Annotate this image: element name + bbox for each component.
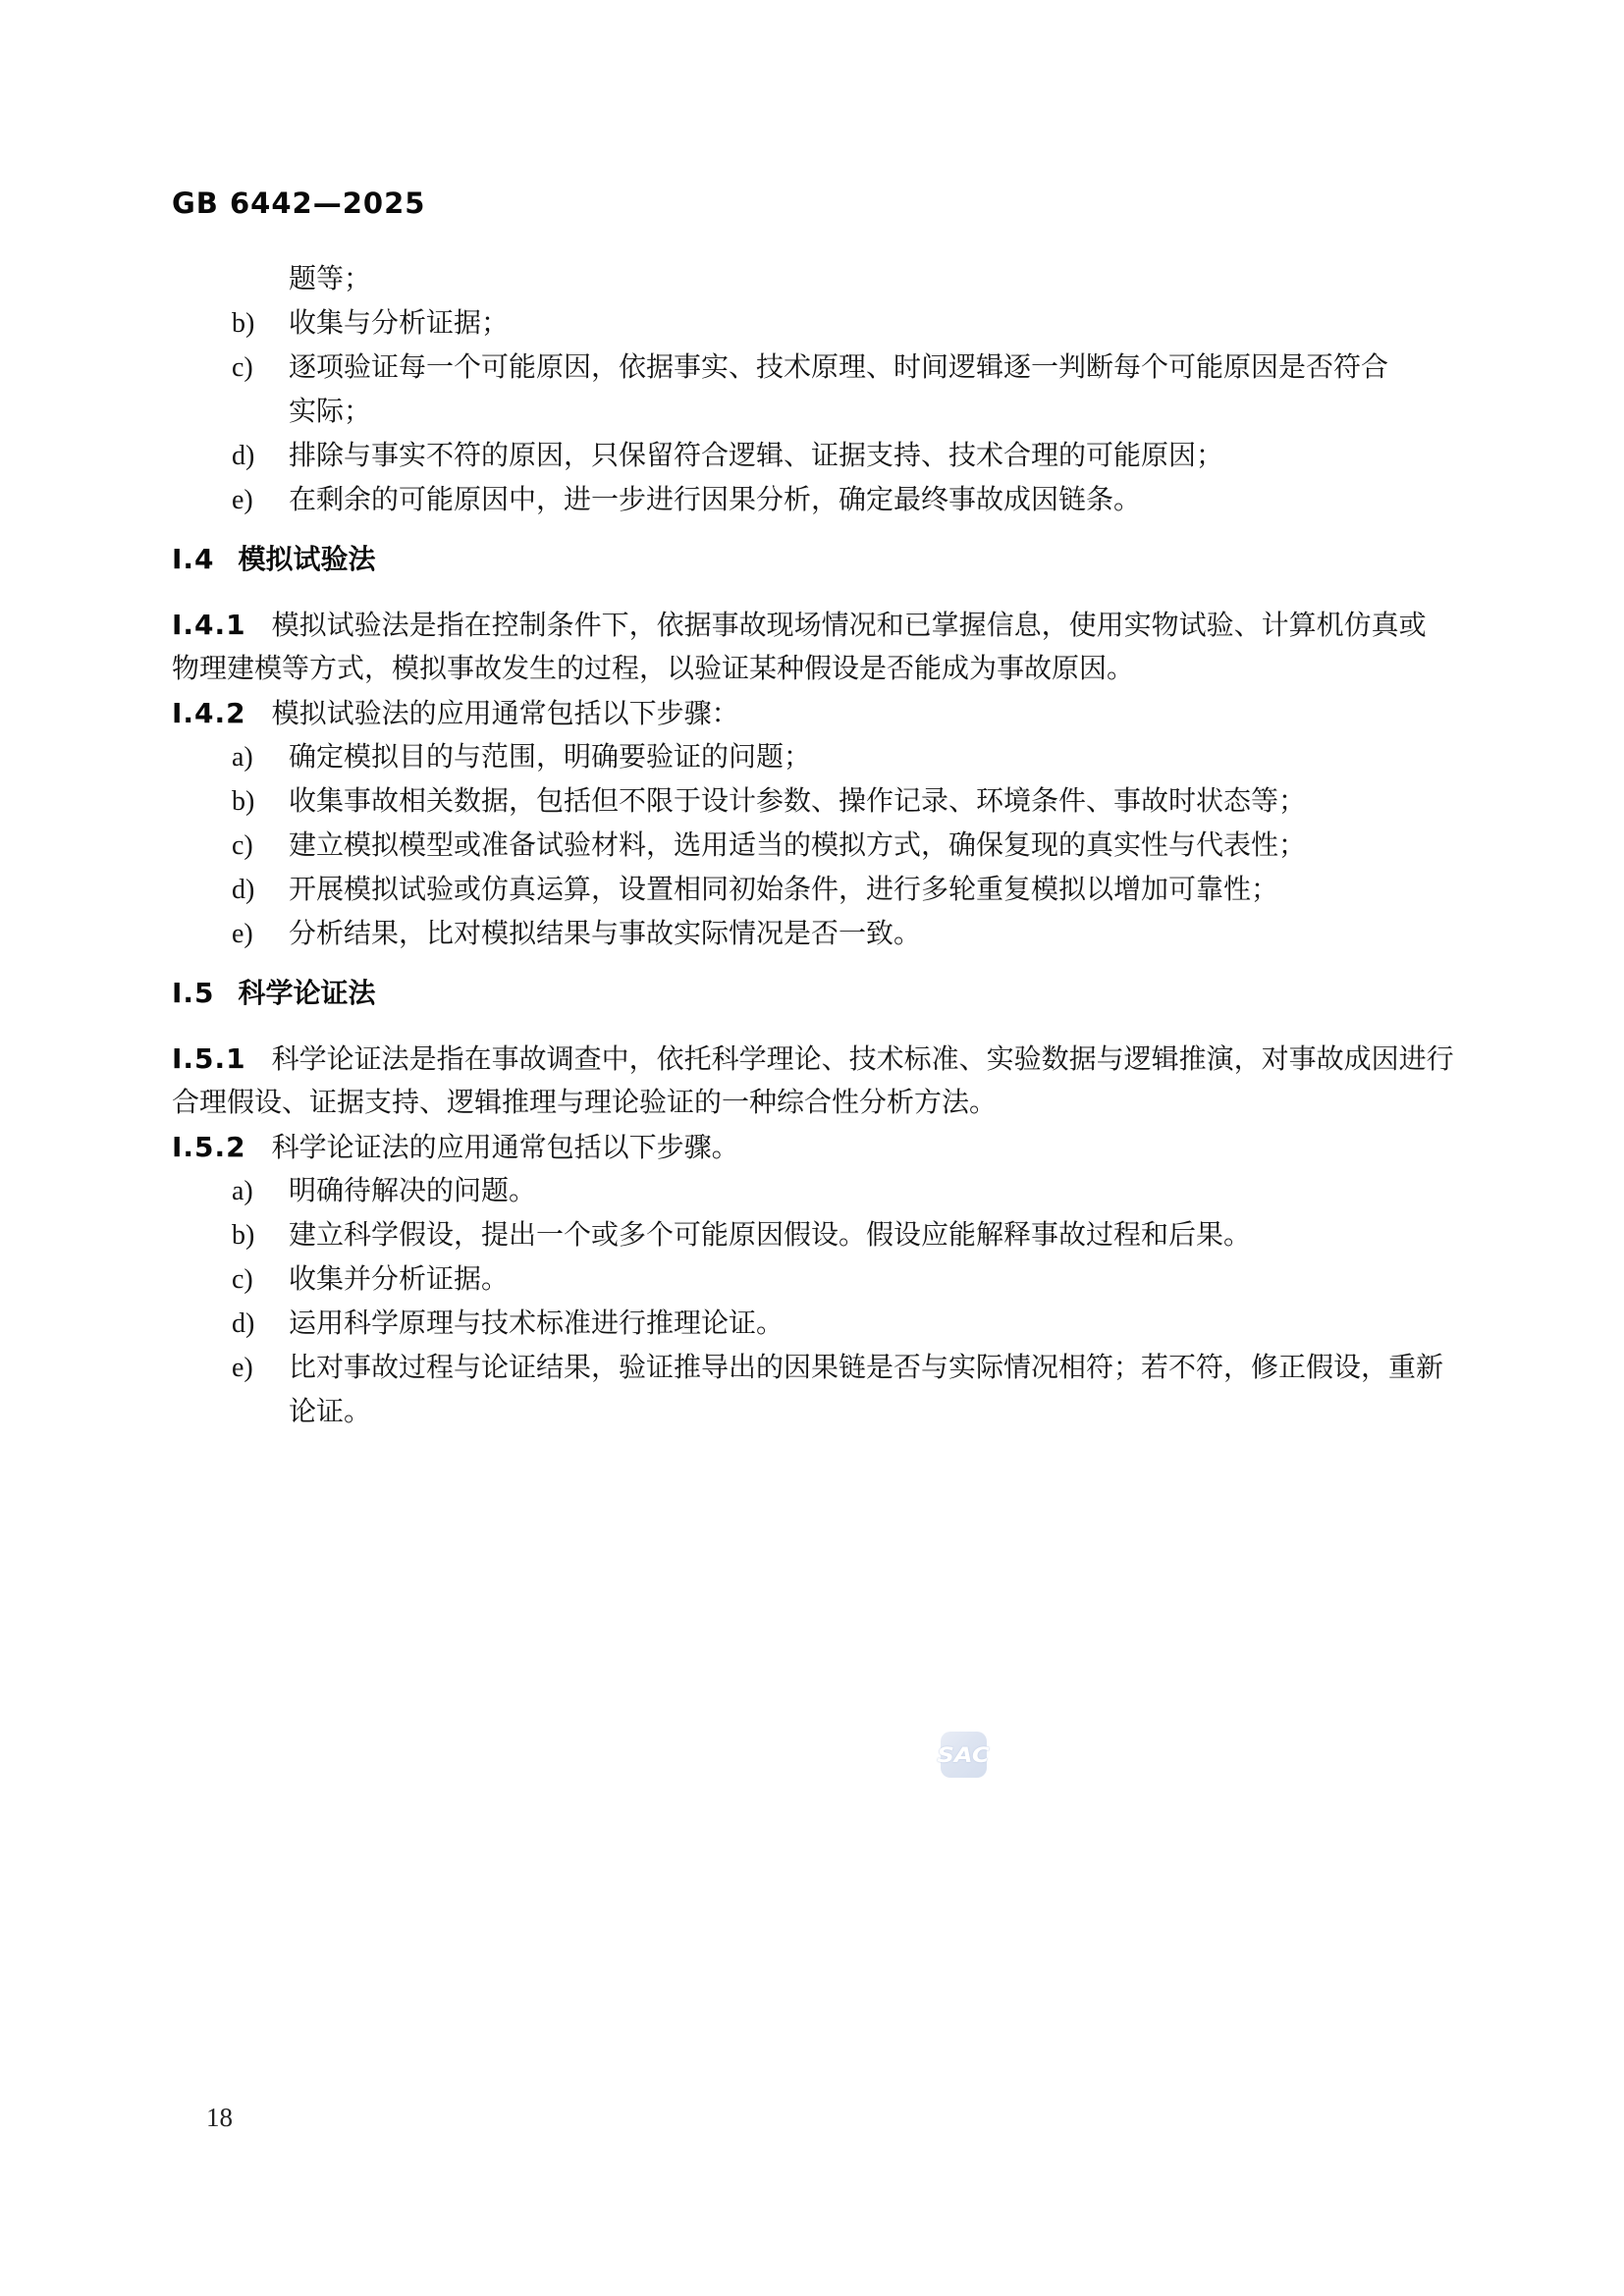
list-item: b)建立科学假设，提出一个或多个可能原因假设。假设应能解释事故过程和后果。 (172, 1213, 1468, 1257)
list-item-text: 开展模拟试验或仿真运算，设置相同初始条件，进行多轮重复模拟以增加可靠性； (289, 875, 1278, 905)
list-item-label: c) (232, 824, 253, 868)
list-item-text: 建立模拟模型或准备试验材料，选用适当的模拟方式，确保复现的真实性与代表性； (289, 830, 1306, 861)
list-item-text: 排除与事实不符的原因，只保留符合逻辑、证据支持、技术合理的可能原因； (289, 441, 1223, 471)
list-item-text: 分析结果，比对模拟结果与事故实际情况是否一致。 (289, 919, 921, 949)
list-item-label: b) (232, 779, 254, 824)
list-item-text: 收集事故相关数据，包括但不限于设计参数、操作记录、环境条件、事故时状态等； (289, 786, 1306, 817)
clause-text-wrap: 物理建模等方式，模拟事故发生的过程，以验证某种假设是否能成为事故原因。 (172, 647, 1468, 691)
list-item-label: b) (232, 1213, 254, 1257)
list-item: e)比对事故过程与论证结果，验证推导出的因果链是否与实际情况相符；若不符，修正假… (172, 1346, 1468, 1434)
list-item-text: 明确待解决的问题。 (289, 1176, 536, 1206)
list-item: b)收集与分析证据； (172, 301, 1468, 346)
list-item-label: e) (232, 912, 253, 956)
clause-i5-2: I.5.2科学论证法的应用通常包括以下步骤。 (172, 1125, 1468, 1169)
section-number: I.4 (172, 543, 215, 575)
list-item-text-wrap: 论证。 (289, 1390, 1468, 1434)
list-item-label: a) (232, 1169, 253, 1213)
section-number: I.5 (172, 977, 215, 1009)
list-item: c)逐项验证每一个可能原因，依据事实、技术原理、时间逻辑逐一判断每个可能原因是否… (172, 346, 1468, 434)
list-item-text: 收集与分析证据； (289, 308, 509, 339)
clause-text: 科学论证法是指在事故调查中，依托科学理论、技术标准、实验数据与逻辑推演，对事故成… (272, 1044, 1454, 1075)
clause-i4-1: I.4.1模拟试验法是指在控制条件下，依据事故现场情况和已掌握信息，使用实物试验… (172, 603, 1468, 691)
list-item-label: a) (232, 735, 253, 779)
section-title: 模拟试验法 (239, 543, 376, 575)
list-item-label: b) (232, 301, 254, 346)
list-item: a)明确待解决的问题。 (172, 1169, 1468, 1213)
clause-text: 模拟试验法是指在控制条件下，依据事故现场情况和已掌握信息，使用实物试验、计算机仿… (272, 611, 1427, 641)
page-number: 18 (206, 2103, 233, 2133)
clause-number: I.5.1 (172, 1042, 246, 1075)
list-item-text: 运用科学原理与技术标准进行推理论证。 (289, 1308, 784, 1339)
sac-watermark-logo: SAC (941, 1732, 987, 1778)
clause-number: I.4.1 (172, 609, 246, 641)
clause-i5-1: I.5.1科学论证法是指在事故调查中，依托科学理论、技术标准、实验数据与逻辑推演… (172, 1037, 1468, 1125)
list-item-label: d) (232, 1302, 254, 1346)
list-item-label: e) (232, 478, 253, 522)
list-item-label: d) (232, 868, 254, 912)
list-item: b)收集事故相关数据，包括但不限于设计参数、操作记录、环境条件、事故时状态等； (172, 779, 1468, 824)
list-item-text: 比对事故过程与论证结果，验证推导出的因果链是否与实际情况相符；若不符，修正假设，… (289, 1353, 1443, 1383)
list-item-label: d) (232, 434, 254, 478)
clause-number: I.5.2 (172, 1131, 246, 1163)
section-heading-i5: I.5科学论证法 (172, 971, 1468, 1015)
list-item-label: e) (232, 1346, 253, 1390)
list-item: a)确定模拟目的与范围，明确要验证的问题； (172, 735, 1468, 779)
list-item-text: 建立科学假设，提出一个或多个可能原因假设。假设应能解释事故过程和后果。 (289, 1220, 1251, 1251)
standard-number-header: GB 6442—2025 (172, 187, 425, 220)
list-item: e)分析结果，比对模拟结果与事故实际情况是否一致。 (172, 912, 1468, 956)
list-item: e)在剩余的可能原因中，进一步进行因果分析，确定最终事故成因链条。 (172, 478, 1468, 522)
list-item-text: 逐项验证每一个可能原因，依据事实、技术原理、时间逻辑逐一判断每个可能原因是否符合 (289, 352, 1388, 383)
list-item-text-wrap: 实际； (289, 390, 1468, 434)
list-item-text: 在剩余的可能原因中，进一步进行因果分析，确定最终事故成因链条。 (289, 485, 1141, 515)
clause-number: I.4.2 (172, 697, 246, 729)
clause-i4-2: I.4.2模拟试验法的应用通常包括以下步骤： (172, 691, 1468, 735)
document-page: GB 6442—2025 题等； b)收集与分析证据； c)逐项验证每一个可能原… (0, 0, 1624, 2296)
list-item-label: c) (232, 1257, 253, 1302)
list-item: d)运用科学原理与技术标准进行推理论证。 (172, 1302, 1468, 1346)
clause-text: 科学论证法的应用通常包括以下步骤。 (272, 1133, 739, 1163)
clause-text: 模拟试验法的应用通常包括以下步骤： (272, 699, 739, 729)
list-item: d)排除与事实不符的原因，只保留符合逻辑、证据支持、技术合理的可能原因； (172, 434, 1468, 478)
list-item: d)开展模拟试验或仿真运算，设置相同初始条件，进行多轮重复模拟以增加可靠性； (172, 868, 1468, 912)
section-heading-i4: I.4模拟试验法 (172, 537, 1468, 581)
list-item-label: c) (232, 346, 253, 390)
section-title: 科学论证法 (239, 977, 376, 1009)
sac-watermark-text: SAC (938, 1743, 990, 1767)
list-item: c)建立模拟模型或准备试验材料，选用适当的模拟方式，确保复现的真实性与代表性； (172, 824, 1468, 868)
list-item: c)收集并分析证据。 (172, 1257, 1468, 1302)
list-continuation-line: 题等； (172, 257, 1468, 301)
list-item-text: 确定模拟目的与范围，明确要验证的问题； (289, 742, 811, 773)
clause-text-wrap: 合理假设、证据支持、逻辑推理与理论验证的一种综合性分析方法。 (172, 1081, 1468, 1125)
list-item-text: 收集并分析证据。 (289, 1264, 509, 1295)
document-content: 题等； b)收集与分析证据； c)逐项验证每一个可能原因，依据事实、技术原理、时… (172, 257, 1468, 1434)
